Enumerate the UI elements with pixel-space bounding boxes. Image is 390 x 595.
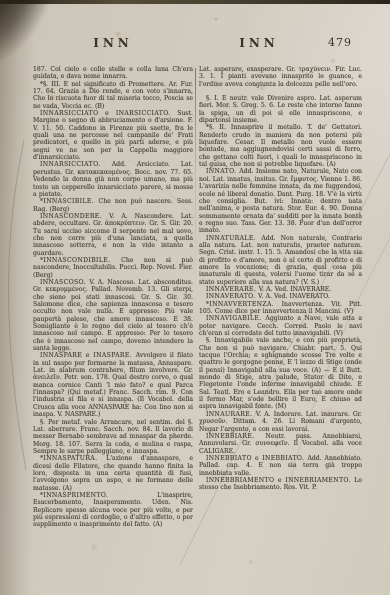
entry-headword: INNATURALE. xyxy=(206,235,261,242)
dictionary-entry: INNEBBIARE. Neutr. pass. Annebbiarsi, An… xyxy=(199,433,362,455)
dictionary-entry: INNASPARE e INASPARE. Avvolgere il filat… xyxy=(33,352,193,418)
entry-headword: *INNASPATURA. xyxy=(40,455,106,462)
dictionary-entry: 187. Col cielo e colle stelle e colla lu… xyxy=(33,66,193,81)
entry-headword: INNEBBIARE. xyxy=(206,433,266,440)
entry-headword: INNAVERATO. xyxy=(206,293,258,300)
entry-headword: INNASCONDERE. xyxy=(40,213,109,220)
entry-headword: *INNASCIBILE. xyxy=(40,198,99,205)
dictionary-entry: INNAURARE. V. A. Indorare. Lat. inaurare… xyxy=(199,411,362,433)
running-head-right: INN xyxy=(199,36,319,50)
entry-headword: INNAURARE. xyxy=(206,411,256,418)
dictionary-entry: INNAVERARE. V. A. Ved. INAVERARE. xyxy=(199,286,362,293)
running-head-left: INN xyxy=(33,36,193,50)
entry-headword: INNEBBIATO e INEBBIATO. xyxy=(206,455,307,462)
dictionary-entry: INNEBBIATO e INEBBIATO. Add. Annebbiato.… xyxy=(199,455,362,477)
column-divider-rule xyxy=(195,68,196,368)
entry-headword: INNEBBRIAMENTO e INNEBRIAMENTO. xyxy=(206,477,354,484)
dictionary-entry: §. Innavigabile vale anche, e con più pr… xyxy=(199,337,362,410)
dictionary-entry: *INNAVVERTENZA. Inavvertenza. Vit. Pitt.… xyxy=(199,301,362,316)
text-column-right: Lat. asperare, exasperare. Gr. τραχύνειν… xyxy=(199,66,362,528)
dictionary-entry: *§. III. E nel significato di Promettere… xyxy=(33,81,193,110)
dictionary-entry: Lat. asperare, exasperare. Gr. τραχύνειν… xyxy=(199,66,362,88)
entry-headword: INNARSICCIATO e INARSICCIATO. xyxy=(40,110,177,117)
dictionary-entry: *§. II. Innasprire il metallo. T. de' Ge… xyxy=(199,124,362,168)
entry-headword: INNAVERARE. xyxy=(206,286,259,293)
entry-headword: INNARSICCIATO. xyxy=(40,161,112,168)
dictionary-entry: INNAVERATO. V. A. Ved. INAVERATO. xyxy=(199,293,362,300)
entry-headword: *INNASPRIMENTO. xyxy=(40,492,157,499)
entry-headword: INNAVIGABILE. xyxy=(206,315,265,322)
dictionary-entry: *INNASPATURA. L'azione d'annaspare, e di… xyxy=(33,455,193,492)
dictionary-entry: INNATURALE. Add. Non naturale, Contrario… xyxy=(199,235,362,286)
entry-headword: INNASCOSO. xyxy=(40,279,89,286)
dictionary-entry: INNAVIGABILE. Aggiunto a Nave, vale atta… xyxy=(199,315,362,337)
entry-headword: *INNAVVERTENZA. xyxy=(206,301,282,308)
text-column-left: 187. Col cielo e colle stelle e colla lu… xyxy=(33,66,193,528)
entry-headword: *INNASCONDIBILE. xyxy=(40,257,121,264)
dictionary-entry: §. Per metaf. vale Arrancare, nel sentim… xyxy=(33,419,193,456)
dictionary-entry: INNASCONDERE. V. A. Nascondere. Lat. abd… xyxy=(33,213,193,257)
binding-edge-shade xyxy=(0,0,34,595)
dictionary-entry: INNEBBRIAMENTO e INNEBRIAMENTO. Lo stess… xyxy=(199,477,362,492)
running-head: INN INN 479 xyxy=(0,36,390,52)
dictionary-entry: INNASCOSO. V. A. Nascoso. Lat. abscondit… xyxy=(33,279,193,352)
entry-headword: INNASPARE e INASPARE. xyxy=(40,352,136,359)
dictionary-entry: *INNASPRIMENTO. L'inasprire, Esacerbamen… xyxy=(33,492,193,528)
dictionary-entry: §. I. E neutr. vale Divenire aspro. Lat.… xyxy=(199,95,362,124)
dictionary-entry: INNARSICCIATO. Add. Arsicciato. Lat. per… xyxy=(33,161,193,198)
entry-headword: INNATO. xyxy=(206,168,239,175)
page-number: 479 xyxy=(316,36,364,49)
scanned-book-page: INN INN 479 187. Col cielo e colle stell… xyxy=(0,0,390,595)
dictionary-entry: INNARSICCIATO e INARSICCIATO. Sust. Marg… xyxy=(33,110,193,161)
dictionary-entry: *INNASCONDIBILE. Che non si può nasconde… xyxy=(33,257,193,279)
dictionary-entry: *INNASCIBILE. Che non può nascere. Sess.… xyxy=(33,198,193,213)
dictionary-entry: INNATO. Add. Insieme nato, Naturale, Nat… xyxy=(199,168,362,234)
